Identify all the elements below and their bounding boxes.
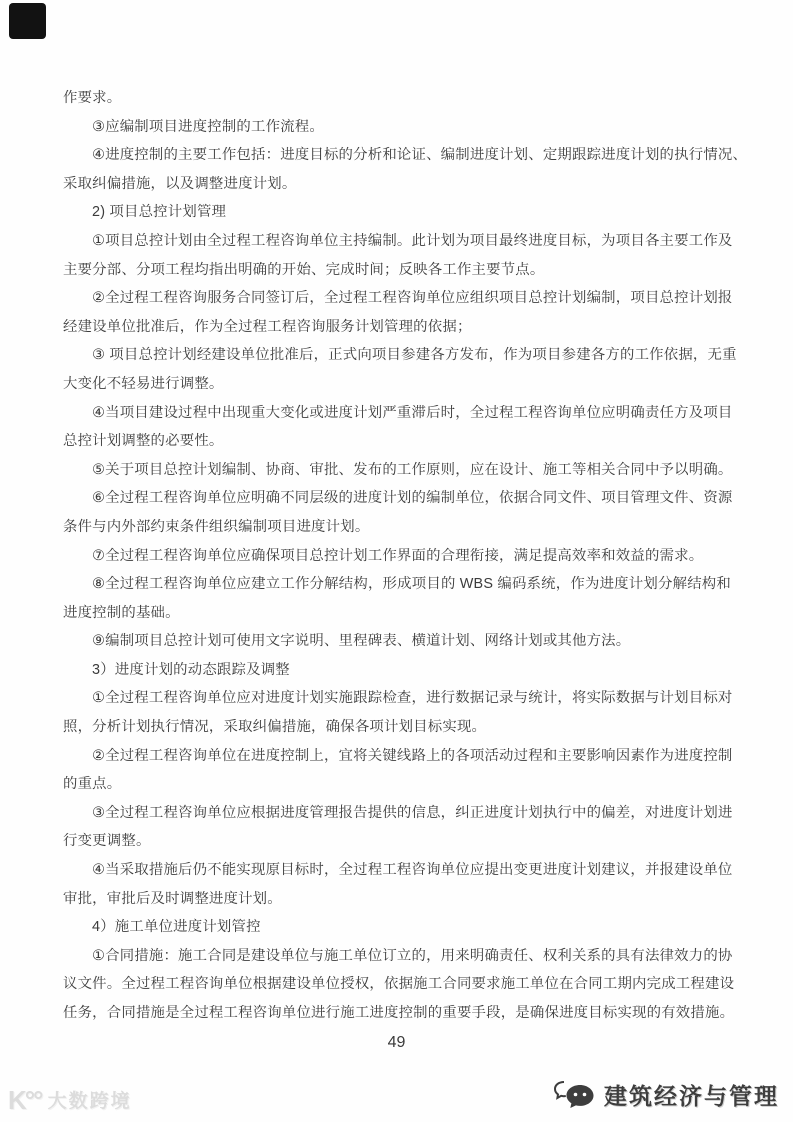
text-line: 大变化不轻易进行调整。 bbox=[63, 370, 731, 399]
text-line: 议文件。全过程工程咨询单位根据建设单位授权，依据施工合同要求施工单位在合同工期内… bbox=[63, 970, 731, 999]
text-line: 主要分部、分项工程均指出明确的开始、完成时间；反映各工作主要节点。 bbox=[63, 256, 731, 285]
text-line: 的重点。 bbox=[63, 770, 731, 799]
text-line: 总控计划调整的必要性。 bbox=[63, 427, 731, 456]
text-line: ②全过程工程咨询服务合同签订后，全过程工程咨询单位应组织项目总控计划编制，项目总… bbox=[63, 284, 731, 313]
watermark-right-label: 建筑经济与管理 bbox=[604, 1078, 779, 1111]
text-line: 审批，审批后及时调整进度计划。 bbox=[63, 885, 731, 914]
text-line: ⑨编制项目总控计划可使用文字说明、里程碑表、横道计划、网络计划或其他方法。 bbox=[63, 627, 731, 656]
text-line: 进度控制的基础。 bbox=[63, 599, 731, 628]
text-line: 采取纠偏措施，以及调整进度计划。 bbox=[63, 170, 731, 199]
text-line: ③ 项目总控计划经建设单位批准后，正式向项目参建各方发布，作为项目参建各方的工作… bbox=[63, 341, 731, 370]
text-line: ④当采取措施后仍不能实现原目标时，全过程工程咨询单位应提出变更进度计划建议，并报… bbox=[63, 856, 731, 885]
corner-mark bbox=[9, 3, 46, 39]
watermark-bottom-left: K°° 大数跨境 bbox=[8, 1086, 132, 1113]
text-line: ⑥全过程工程咨询单位应明确不同层级的进度计划的编制单位，依据合同文件、项目管理文… bbox=[63, 484, 731, 513]
page-number: 49 bbox=[0, 1034, 793, 1052]
text-line: ③全过程工程咨询单位应根据进度管理报告提供的信息，纠正进度计划执行中的偏差，对进… bbox=[63, 799, 731, 828]
text-line: ④进度控制的主要工作包括：进度目标的分析和论证、编制进度计划、定期跟踪进度计划的… bbox=[63, 141, 731, 170]
text-line: ④当项目建设过程中出现重大变化或进度计划严重滞后时，全过程工程咨询单位应明确责任… bbox=[63, 399, 731, 428]
text-line: ①合同措施：施工合同是建设单位与施工单位订立的，用来明确责任、权利关系的具有法律… bbox=[63, 942, 731, 971]
text-line: 经建设单位批准后，作为全过程工程咨询服务计划管理的依据； bbox=[63, 313, 731, 342]
text-line: ⑧全过程工程咨询单位应建立工作分解结构，形成项目的 WBS 编码系统，作为进度计… bbox=[63, 570, 731, 599]
watermark-bottom-right: 建筑经济与管理 bbox=[554, 1078, 779, 1111]
watermark-left-label: 大数跨境 bbox=[48, 1086, 132, 1113]
text-line: 4）施工单位进度计划管控 bbox=[63, 913, 731, 942]
text-line: 3）进度计划的动态跟踪及调整 bbox=[63, 656, 731, 685]
text-line: ③应编制项目进度控制的工作流程。 bbox=[63, 113, 731, 142]
text-line: ②全过程工程咨询单位在进度控制上，宜将关键线路上的各项活动过程和主要影响因素作为… bbox=[63, 742, 731, 771]
text-line: ①全过程工程咨询单位应对进度计划实施跟踪检查，进行数据记录与统计，将实际数据与计… bbox=[63, 684, 731, 713]
text-line: 照，分析计划执行情况，采取纠偏措施，确保各项计划目标实现。 bbox=[63, 713, 731, 742]
speech-bubbles-icon bbox=[554, 1079, 596, 1111]
text-line: 行变更调整。 bbox=[63, 827, 731, 856]
text-line: 任务，合同措施是全过程工程咨询单位进行施工进度控制的重要手段，是确保进度目标实现… bbox=[63, 999, 731, 1028]
text-line: 作要求。 bbox=[63, 84, 731, 113]
text-line: 2) 项目总控计划管理 bbox=[63, 198, 731, 227]
document-page: 作要求。③应编制项目进度控制的工作流程。④进度控制的主要工作包括：进度目标的分析… bbox=[0, 0, 793, 1122]
document-body: 作要求。③应编制项目进度控制的工作流程。④进度控制的主要工作包括：进度目标的分析… bbox=[63, 84, 731, 1028]
text-line: ⑤关于项目总控计划编制、协商、审批、发布的工作原则，应在设计、施工等相关合同中予… bbox=[63, 456, 731, 485]
text-line: ①项目总控计划由全过程工程咨询单位主持编制。此计划为项目最终进度目标，为项目各主… bbox=[63, 227, 731, 256]
text-line: 条件与内外部约束条件组织编制项目进度计划。 bbox=[63, 513, 731, 542]
dashukuajing-logo-icon: K°° bbox=[8, 1087, 42, 1113]
text-line: ⑦全过程工程咨询单位应确保项目总控计划工作界面的合理衔接，满足提高效率和效益的需… bbox=[63, 542, 731, 571]
